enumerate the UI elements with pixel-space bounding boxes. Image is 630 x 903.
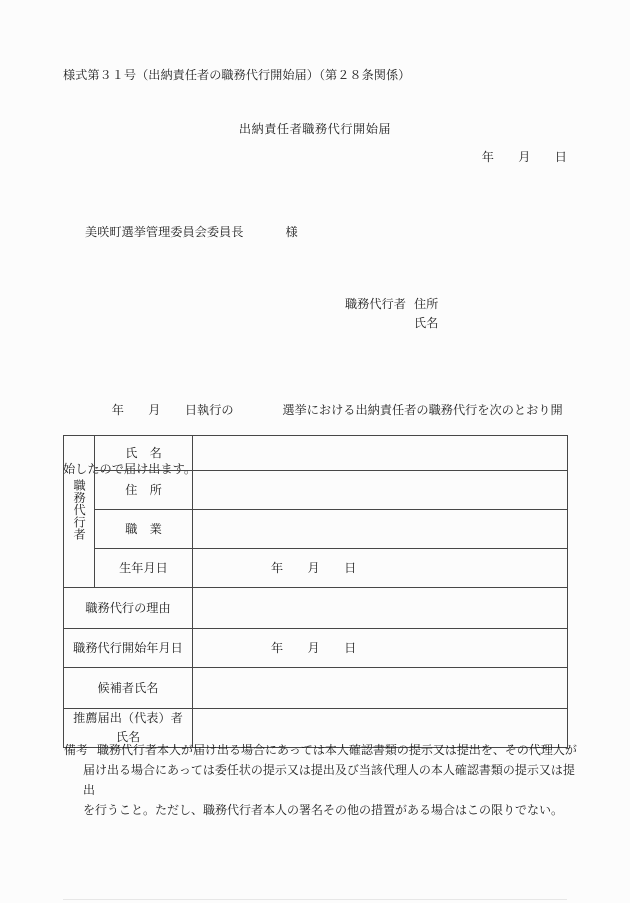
cell-reason-value <box>193 588 568 629</box>
cell-occupation-label: 職 業 <box>95 510 193 549</box>
remarks-line-1-text: 職務代行者本人が届け出る場合にあっては本人確認書類の提示又は提出を、その代理人が <box>97 743 577 757</box>
details-table-wrapper: 職務代行者 氏 名 住 所 職 業 生年月日 年 月 日 職務代行の理由 <box>63 400 568 784</box>
cell-birthdate-label: 生年月日 <box>95 549 193 588</box>
remarks-line-1: 備考職務代行者本人が届け出る場合にあっては本人確認書類の提示又は提出を、その代理… <box>64 740 584 760</box>
cell-reason-label: 職務代行の理由 <box>64 588 193 629</box>
cell-name-label: 氏 名 <box>95 436 193 471</box>
group-label-deputy: 職務代行者 <box>64 436 95 588</box>
remarks-label: 備考 <box>64 743 88 757</box>
document-title: 出納責任者職務代行開始届 <box>63 121 567 139</box>
sender-role-label: 職務代行者 <box>345 297 406 311</box>
cell-address-label: 住 所 <box>95 471 193 510</box>
remarks-note: 備考職務代行者本人が届け出る場合にあっては本人確認書類の提示又は提出を、その代理… <box>64 740 584 820</box>
form-number-line: 様式第３１号（出納責任者の職務代行開始届）（第２８条関係） <box>63 67 410 85</box>
cell-start-date-label: 職務代行開始年月日 <box>64 629 193 668</box>
next-page-edge-line <box>63 899 567 900</box>
details-table: 職務代行者 氏 名 住 所 職 業 生年月日 年 月 日 職務代行の理由 <box>63 435 568 748</box>
remarks-line-3: を行うこと。ただし、職務代行者本人の署名その他の措置がある場合はこの限りでない。 <box>83 800 584 820</box>
form-document-page: 様式第３１号（出納責任者の職務代行開始届）（第２８条関係） 出納責任者職務代行開… <box>0 0 630 903</box>
cell-candidate-name-value <box>193 668 568 709</box>
cell-birthdate-value: 年 月 日 <box>193 549 568 588</box>
addressee-line: 美咲町選挙管理委員会委員長様 <box>85 224 298 242</box>
remarks-line-2: 届け出る場合にあっては委任状の提示又は提出及び当該代理人の本人確認書類の提示又は… <box>83 760 584 800</box>
sender-name-label: 氏名 <box>414 314 438 333</box>
submission-date-line: 年 月 日 <box>482 149 567 167</box>
cell-address-value <box>193 471 568 510</box>
cell-start-date-value: 年 月 日 <box>193 629 568 668</box>
sender-address-label: 住所 <box>414 297 438 311</box>
group-label-deputy-text: 職務代行者 <box>73 479 85 540</box>
cell-occupation-value <box>193 510 568 549</box>
addressee-name: 美咲町選挙管理委員会委員長 <box>85 225 243 239</box>
cell-name-value <box>193 436 568 471</box>
sender-block: 職務代行者住所 <box>345 295 438 314</box>
cell-candidate-name-label: 候補者氏名 <box>64 668 193 709</box>
addressee-honorific: 様 <box>285 225 297 239</box>
